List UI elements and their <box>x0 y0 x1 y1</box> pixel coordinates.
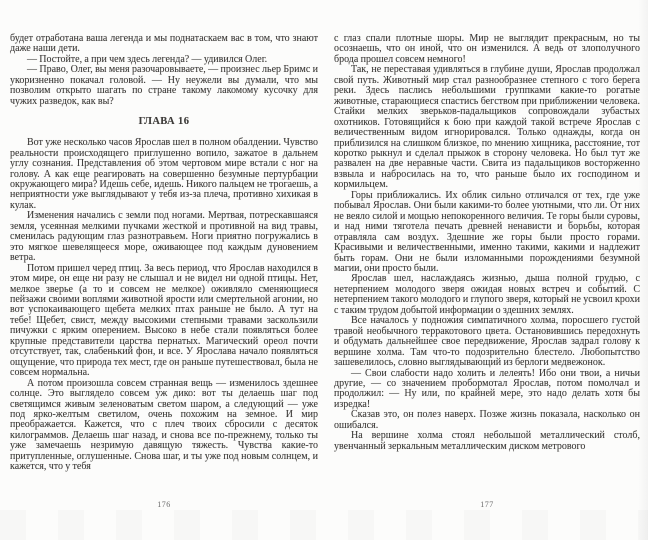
left-page: будет отработана ваша легенда и мы подна… <box>10 0 318 540</box>
right-page-text-block: с глаз спали плотные шоры. Мир не выгляд… <box>334 0 640 452</box>
paragraph: Так, не переставая удивляться в глубине … <box>334 65 640 190</box>
paragraph: — Свои слабости надо холить и лелеять! И… <box>334 369 640 411</box>
left-page-upper-paragraphs: будет отработана ваша легенда и мы подна… <box>10 34 318 107</box>
book-spread: будет отработана ваша легенда и мы подна… <box>0 0 648 540</box>
right-page: с глаз спали плотные шоры. Мир не выгляд… <box>334 0 640 540</box>
left-page-number: 176 <box>10 500 318 509</box>
paragraph: Все началось у подножия симпатичного хол… <box>334 316 640 368</box>
paragraph: будет отработана ваша легенда и мы подна… <box>10 34 318 55</box>
right-page-paragraphs: с глаз спали плотные шоры. Мир не выгляд… <box>334 34 640 452</box>
paragraph: Горы приближались. Их облик сильно отлич… <box>334 191 640 275</box>
left-page-lower-paragraphs: Вот уже несколько часов Ярослав шел в по… <box>10 138 318 473</box>
paragraph: — Право, Олег, вы меня разочаровываете, … <box>10 65 318 107</box>
paragraph: Сказав это, он полез наверх. Позже жизнь… <box>334 410 640 431</box>
paragraph: Потом пришел черед птиц. За весь период,… <box>10 264 318 379</box>
paragraph: Изменения начались с земли под ногами. М… <box>10 211 318 263</box>
paragraph: На вершине холма стоял небольшой металли… <box>334 431 640 452</box>
paragraph: Вот уже несколько часов Ярослав шел в по… <box>10 138 318 211</box>
paragraph: Ярослав шел, наслаждаясь жизнью, дыша по… <box>334 274 640 316</box>
left-page-text-block: будет отработана ваша легенда и мы подна… <box>10 0 318 473</box>
chapter-heading: ГЛАВА 16 <box>10 116 318 128</box>
paragraph: А потом произошла совсем странная вещь —… <box>10 379 318 473</box>
right-page-number: 177 <box>334 500 640 509</box>
paragraph: с глаз спали плотные шоры. Мир не выгляд… <box>334 34 640 65</box>
